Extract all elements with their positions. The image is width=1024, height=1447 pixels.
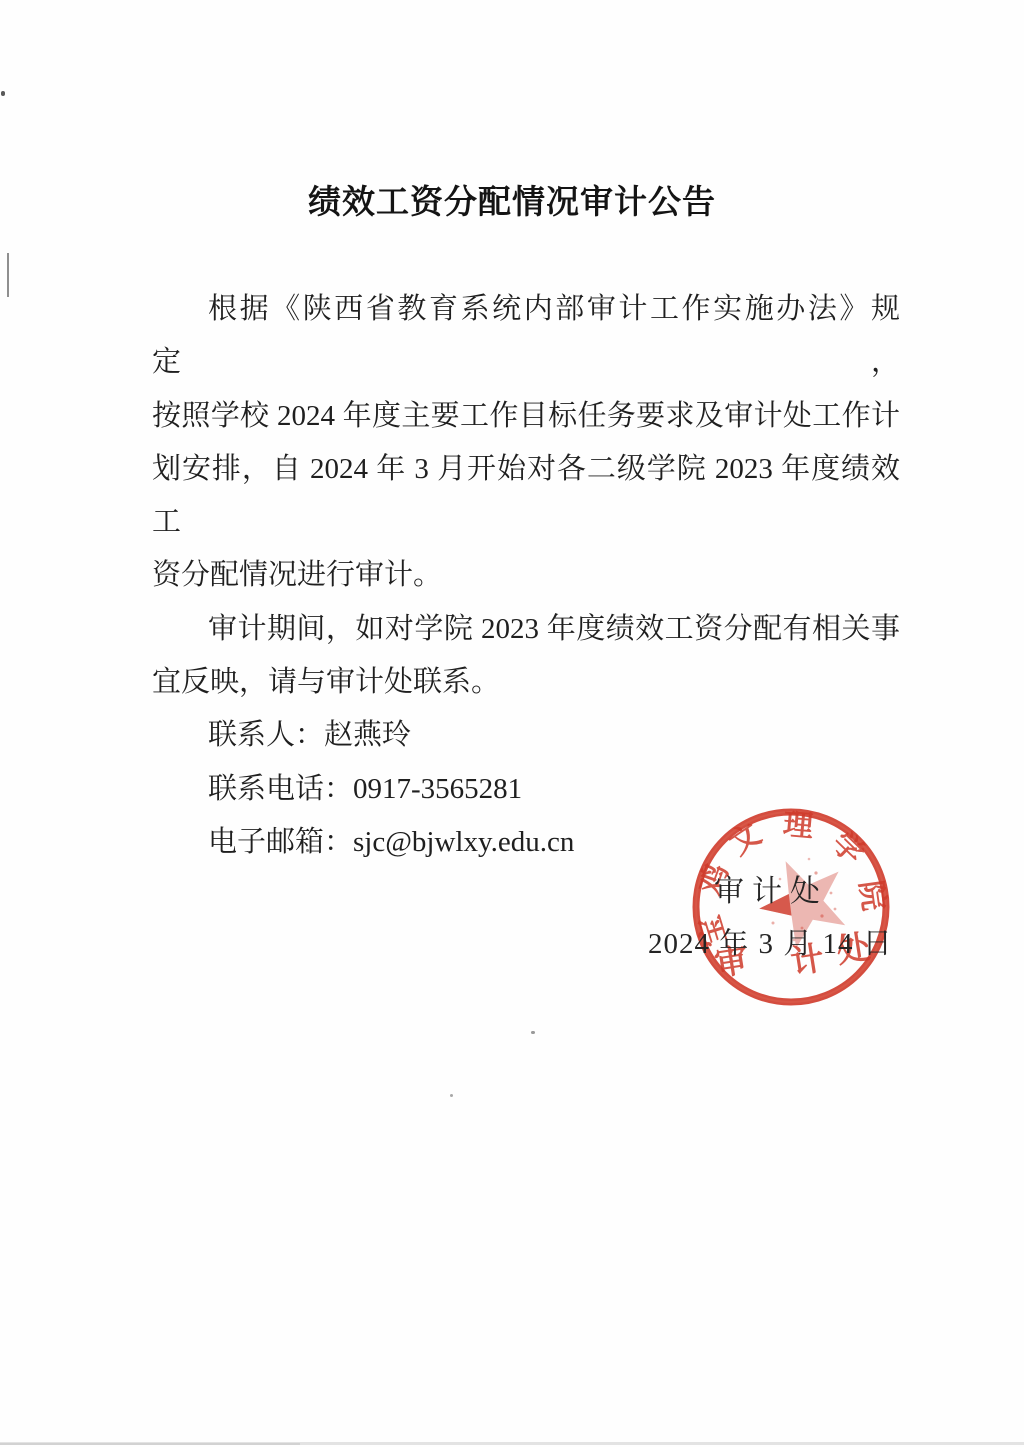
document-title: 绩效工资分配情况审计公告 <box>0 176 1024 223</box>
document-body: 根据《陕西省教育系统内部审计工作实施办法》规定， 按照学校 2024 年度主要工… <box>152 283 900 869</box>
body-line: 宜反映，请与审计处联系。 <box>152 656 900 709</box>
signature-date: 2024 年 3 月 14 日 <box>648 921 893 962</box>
seal-arc-char: 院 <box>853 879 890 913</box>
body-line: 审计期间，如对学院 2023 年度绩效工资分配有相关事 <box>152 603 900 656</box>
scan-speck <box>306 849 309 852</box>
body-line: 划安排，自 2024 年 3 月开始对各二级学院 2023 年度绩效工 <box>152 443 900 550</box>
contact-person-line: 联系人：赵燕玲 <box>152 709 900 762</box>
scan-line-artifact <box>7 253 9 297</box>
seal-arc-char: 学 <box>825 826 870 871</box>
seal-arc-char: 理 <box>782 808 815 843</box>
body-line: 按照学校 2024 年度主要工作目标任务要求及审计处工作计 <box>152 390 900 443</box>
scan-speck <box>450 1094 453 1097</box>
body-line: 根据《陕西省教育系统内部审计工作实施办法》规定， <box>152 283 900 390</box>
scan-edge-artifact <box>0 1443 300 1445</box>
scan-speck <box>531 1031 535 1034</box>
signature-department: 审计处 <box>714 866 828 910</box>
body-line: 资分配情况进行审计。 <box>152 549 900 602</box>
scan-speck <box>1 91 5 96</box>
scanned-document-page: 绩效工资分配情况审计公告 根据《陕西省教育系统内部审计工作实施办法》规定， 按照… <box>0 0 1024 1447</box>
seal-arc-char: 文 <box>724 817 767 861</box>
